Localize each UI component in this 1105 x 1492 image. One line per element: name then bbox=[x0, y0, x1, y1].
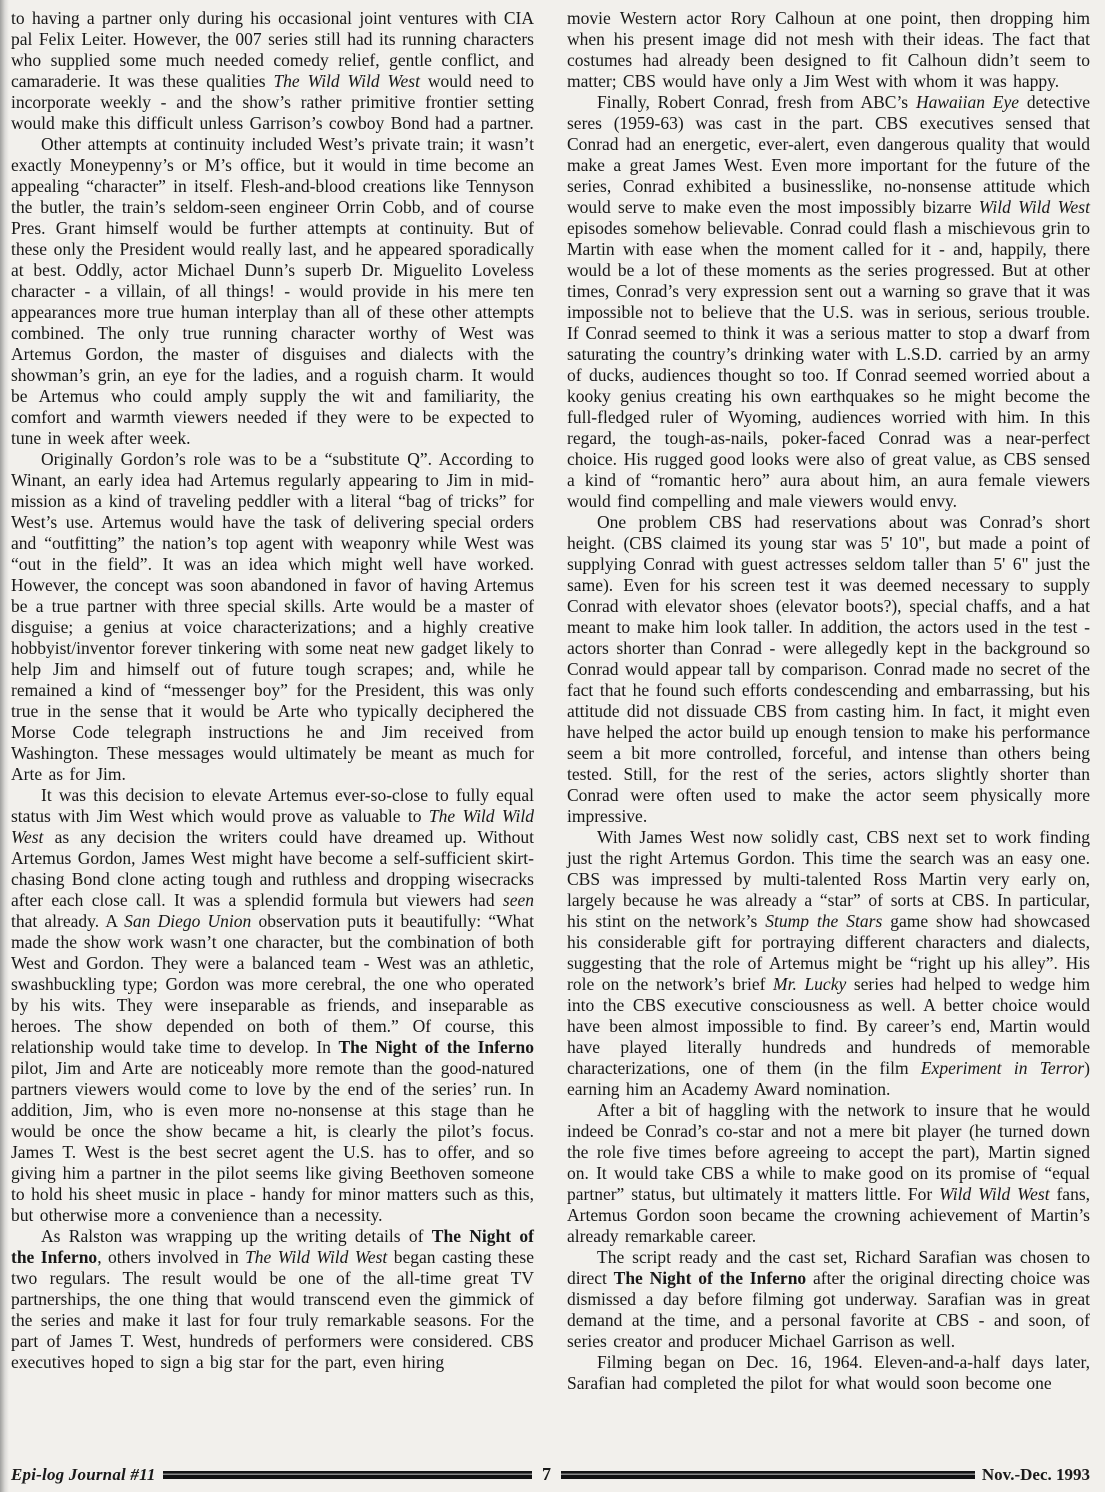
page-footer: Epi-log Journal #11 7 Nov.-Dec. 1993 bbox=[11, 1464, 1090, 1485]
paragraph: Finally, Robert Conrad, fresh from ABC’s… bbox=[567, 92, 1090, 512]
journal-title: Epi-log Journal #11 bbox=[11, 1465, 156, 1485]
paragraph: Other attempts at continuity included We… bbox=[11, 134, 534, 449]
right-column: movie Western actor Rory Calhoun at one … bbox=[567, 8, 1090, 1448]
footer-rule bbox=[163, 1471, 532, 1479]
paragraph: The script ready and the cast set, Richa… bbox=[567, 1247, 1090, 1352]
scanned-page: to having a partner only during his occa… bbox=[0, 0, 1105, 1492]
paragraph: Filming began on Dec. 16, 1964. Eleven-a… bbox=[567, 1352, 1090, 1394]
footer-rule bbox=[561, 1471, 975, 1479]
paragraph: to having a partner only during his occa… bbox=[11, 8, 534, 134]
left-column: to having a partner only during his occa… bbox=[11, 8, 534, 1448]
scan-edge-artifact bbox=[0, 0, 9, 1492]
page-number: 7 bbox=[539, 1464, 554, 1485]
paragraph: After a bit of haggling with the network… bbox=[567, 1100, 1090, 1247]
paragraph: One problem CBS had reservations about w… bbox=[567, 512, 1090, 827]
paragraph: movie Western actor Rory Calhoun at one … bbox=[567, 8, 1090, 92]
paragraph: With James West now solidly cast, CBS ne… bbox=[567, 827, 1090, 1100]
article-body: to having a partner only during his occa… bbox=[0, 0, 1105, 1448]
paragraph: Originally Gordon’s role was to be a “su… bbox=[11, 449, 534, 785]
paragraph: It was this decision to elevate Artemus … bbox=[11, 785, 534, 1226]
paragraph: As Ralston was wrapping up the writing d… bbox=[11, 1226, 534, 1373]
issue-date: Nov.-Dec. 1993 bbox=[982, 1465, 1090, 1485]
